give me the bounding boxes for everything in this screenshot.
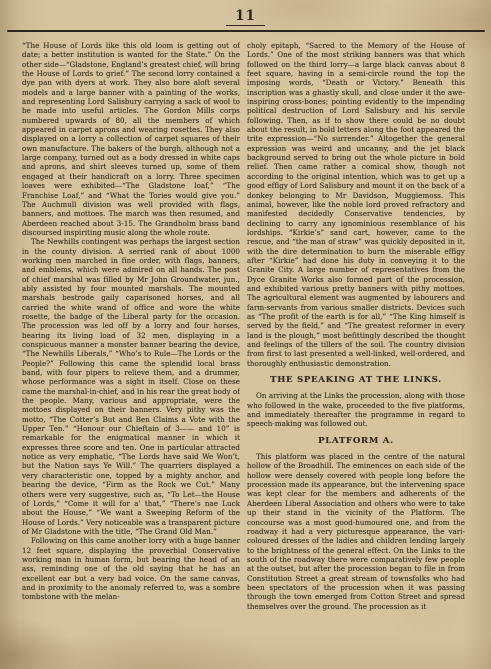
paragraph: Following on this came another lorry wit… xyxy=(22,536,240,601)
paragraph: This platform was placed in the centre o… xyxy=(247,452,465,611)
text-columns: “The House of Lords like this old loom i… xyxy=(0,32,491,647)
section-heading-speaking-at-links: THE SPEAKING AT THE LINKS. xyxy=(247,376,465,385)
book-page: 11 “The House of Lords like this old loo… xyxy=(0,0,491,669)
right-column: choly epitaph, “Sacred to the Memory of … xyxy=(247,41,465,647)
paragraph: “The House of Lords like this old loom i… xyxy=(22,41,240,237)
page-header: 11 xyxy=(0,0,491,32)
paragraph: On arriving at the Links the procession,… xyxy=(247,391,465,428)
page-number: 11 xyxy=(226,8,265,26)
page-number-wrap: 11 xyxy=(0,7,491,26)
section-heading-platform-a: PLATFORM A. xyxy=(247,437,465,446)
left-column: “The House of Lords like this old loom i… xyxy=(22,41,240,647)
paragraph: choly epitaph, “Sacred to the Memory of … xyxy=(247,41,465,368)
paragraph: The Newhills contingent was perhaps the … xyxy=(22,237,240,536)
